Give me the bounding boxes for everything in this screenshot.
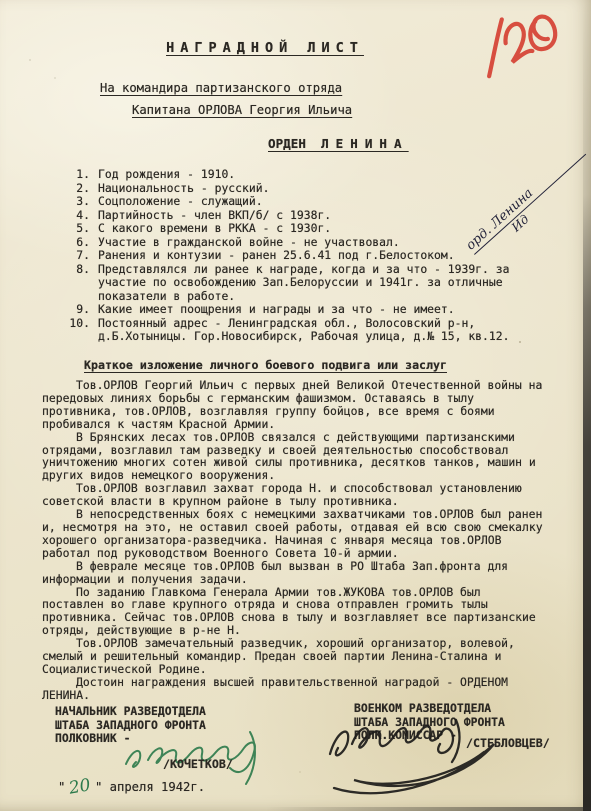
scan-edge-right xyxy=(583,0,591,811)
summary-paragraph: В Брянских лесах тов.ОРЛОВ связался с де… xyxy=(42,431,545,483)
typed-name-steblovtsev: /СТЕБЛОВЦЕВ/ xyxy=(466,736,550,750)
date-close-quote: " xyxy=(95,780,102,794)
recipient-line-2: Капитана ОРЛОВА Георгия Ильича xyxy=(132,103,352,117)
record-item-number: 7. xyxy=(60,249,98,263)
summary-section-heading: Краткое изложение личного боевого подвиг… xyxy=(0,358,531,372)
summary-paragraph: Достоин награждения высшей правительстве… xyxy=(42,676,545,702)
typed-name-kochetkov: /КОЧЕТКОВ/ xyxy=(163,757,233,771)
signer-left-rank: ПОЛКОВНИК - xyxy=(55,732,206,746)
summary-paragraph: По заданию Главкома Генерала Армии тов.Ж… xyxy=(42,586,545,638)
record-item-number: 3. xyxy=(60,195,98,209)
record-item-number: 8. xyxy=(60,263,98,304)
record-item-text: С какого времени в РККА - с 1930г. xyxy=(98,222,532,236)
record-item: 7.Ранения и контузии - ранен 25.6.41 под… xyxy=(60,249,532,263)
award-title: ОРДЕН ЛЕНИНА xyxy=(268,136,409,151)
record-item: 10.Постоянный адрес - Ленинградская обл.… xyxy=(60,317,532,344)
record-item-text: Участие в гражданской войне - не участво… xyxy=(98,236,532,250)
record-item-text: Какие имеет поощрения и награды и за что… xyxy=(98,303,532,317)
record-item: 1.Год рождения - 1910. xyxy=(60,168,532,182)
scan-edge-bottom xyxy=(266,807,591,811)
record-item: 3.Соцположение - служащий. xyxy=(60,195,532,209)
record-item: 2.Национальность - русский. xyxy=(60,182,532,196)
record-item: 4.Партийность - член ВКП/б/ с 1938г. xyxy=(60,209,532,223)
summary-paragraph: Тов.ОРЛОВ возглавил захват города Н. и с… xyxy=(42,482,545,508)
summary-paragraph: В непосредственных боях с немецкими захв… xyxy=(42,508,545,560)
recipient-line-1: На командира партизанского отряда xyxy=(100,81,342,95)
date-month-year: апреля 1942г. xyxy=(110,780,205,794)
record-item-text: Представлялся ли ранее к награде, когда … xyxy=(98,263,532,304)
summary-paragraph: Тов.ОРЛОВ замечательный разведчик, хорош… xyxy=(42,637,545,676)
signer-right-title-1: ВОЕНКОМ РАЗВЕДОТДЕЛА xyxy=(354,702,505,716)
record-item-number: 2. xyxy=(60,182,98,196)
signer-right-title-2: ШТАБА ЗАПАДНОГО ФРОНТА xyxy=(354,716,505,730)
award-sheet-document: орд. Ленина Ид НАГРАДНОЙ ЛИСТ На команди… xyxy=(0,0,591,811)
record-item: 5.С какого времени в РККА - с 1930г. xyxy=(60,222,532,236)
record-item-number: 5. xyxy=(60,222,98,236)
record-item-text: Национальность - русский. xyxy=(98,182,532,196)
signer-left-title-1: НАЧАЛЬНИК РАЗВЕДОТДЕЛА xyxy=(55,705,206,719)
award-name: ЛЕНИНА xyxy=(321,136,409,151)
record-item-number: 10. xyxy=(60,317,98,344)
record-item-text: Ранения и контузии - ранен 25.6.41 под г… xyxy=(98,249,532,263)
record-item-number: 1. xyxy=(60,168,98,182)
record-item-number: 4. xyxy=(60,209,98,223)
record-item-number: 6. xyxy=(60,236,98,250)
date-open-quote: " xyxy=(58,780,65,794)
record-item-text: Партийность - член ВКП/б/ с 1938г. xyxy=(98,209,532,223)
record-item-text: Постоянный адрес - Ленинградская обл., В… xyxy=(98,317,532,344)
record-item-text: Год рождения - 1910. xyxy=(98,168,532,182)
signer-left-title-2: ШТАБА ЗАПАДНОГО ФРОНТА xyxy=(55,719,206,733)
record-item-text: Соцположение - служащий. xyxy=(98,195,532,209)
personal-record-list: 1.Год рождения - 1910. 2.Национальность … xyxy=(60,168,532,344)
record-item: 6.Участие в гражданской войне - не участ… xyxy=(60,236,532,250)
signature-block-left: НАЧАЛЬНИК РАЗВЕДОТДЕЛА ШТАБА ЗАПАДНОГО Ф… xyxy=(55,705,206,746)
record-item: 9.Какие имеет поощрения и награды и за ч… xyxy=(60,303,532,317)
summary-paragraph: Тов.ОРЛОВ Георгий Ильич с первых дней Ве… xyxy=(42,379,545,431)
summary-paragraph: В феврале месяце тов.ОРЛОВ был вызван в … xyxy=(42,560,545,586)
date-line: "20" апреля 1942г. xyxy=(58,776,205,796)
record-item: 8.Представлялся ли ранее к награде, когд… xyxy=(60,263,532,304)
summary-body: Тов.ОРЛОВ Георгий Ильич с первых дней Ве… xyxy=(42,379,545,702)
document-title: НАГРАДНОЙ ЛИСТ xyxy=(0,40,530,56)
award-label: ОРДЕН xyxy=(268,136,306,151)
handwritten-day: 20 xyxy=(68,775,93,798)
record-item-number: 9. xyxy=(60,303,98,317)
